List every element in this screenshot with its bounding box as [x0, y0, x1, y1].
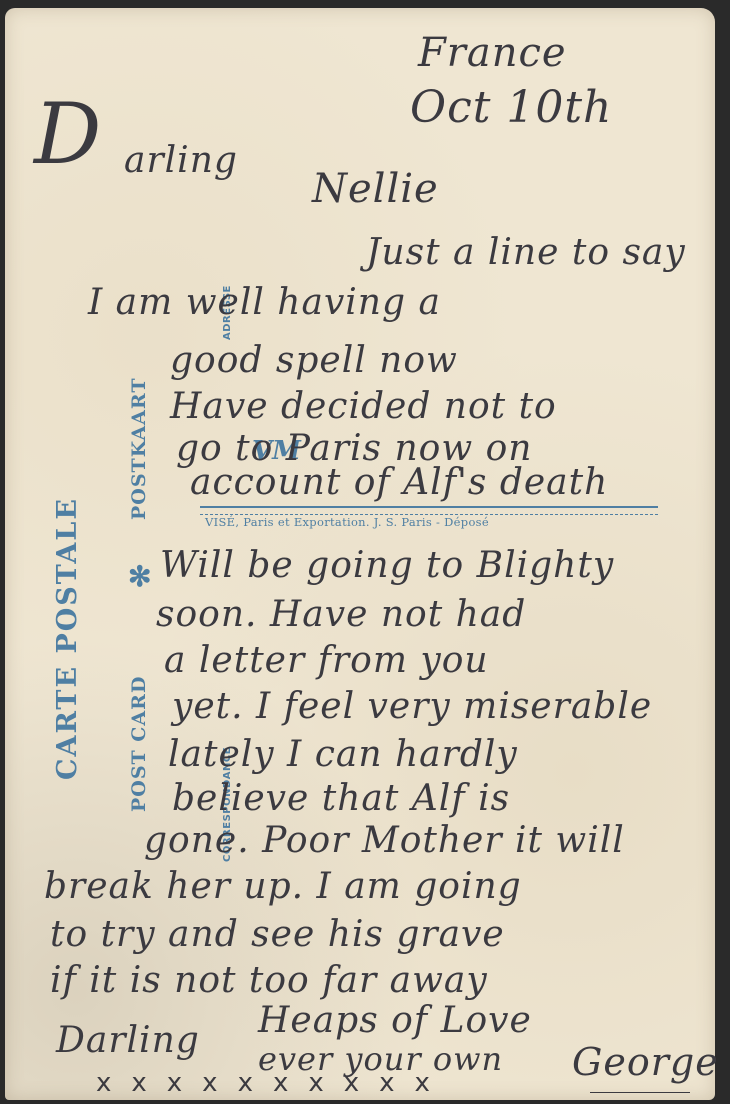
postkaart-heading: POSTKAART [128, 377, 150, 520]
signature-underline [590, 1092, 690, 1093]
asterisk-ornament-icon: ✻ [128, 560, 151, 593]
kiss-mark: x [273, 1068, 288, 1098]
letter-line: Just a line to say [366, 232, 686, 273]
kiss-mark: x [167, 1068, 182, 1098]
letter-line: account of Alf's death [190, 462, 608, 503]
letter-line: good spell now [170, 340, 458, 381]
publisher-imprint: VISÉ, Paris et Exportation. J. S. Paris … [205, 515, 489, 529]
kiss-mark: x [131, 1068, 146, 1098]
letter-line: I am well having a [88, 282, 441, 323]
letter-line: Have decided not to [170, 386, 557, 427]
closing-darling: Darling [56, 1020, 200, 1061]
kiss-mark: x [238, 1068, 253, 1098]
letter-line: to try and see his grave [50, 914, 505, 955]
kiss-mark: x [96, 1068, 111, 1098]
carte-postale-heading: CARTE POSTALE [52, 497, 83, 780]
salutation-rest: arling [124, 140, 238, 181]
salutation-initial: D [34, 92, 122, 180]
letter-line: Will be going to Blighty [160, 545, 614, 586]
letter-line: yet. I feel very miserable [172, 686, 652, 727]
letter-line: lately I can hardly [168, 734, 518, 775]
recipient-name: Nellie [312, 166, 439, 212]
letter-line: break her up. I am going [44, 866, 522, 907]
letter-line: gone. Poor Mother it will [144, 820, 625, 861]
divider-rule [200, 506, 658, 515]
letter-line: soon. Have not had [156, 594, 526, 635]
letter-line: a letter from you [164, 640, 489, 681]
kisses-row: x x x x x x x x x x [96, 1068, 430, 1098]
kiss-mark: x [344, 1068, 359, 1098]
kiss-mark: x [308, 1068, 323, 1098]
date-line: Oct 10th [410, 82, 612, 133]
post-card-heading: POST CARD [128, 676, 150, 812]
closing-love: Heaps of Love [258, 1000, 532, 1041]
letter-line: if it is not too far away [50, 960, 488, 1001]
kiss-mark: x [379, 1068, 394, 1098]
kiss-mark: x [415, 1068, 430, 1098]
kiss-mark: x [202, 1068, 217, 1098]
place-line: France [418, 30, 567, 76]
letter-line: believe that Alf is [172, 778, 510, 819]
signature: George [572, 1040, 719, 1084]
